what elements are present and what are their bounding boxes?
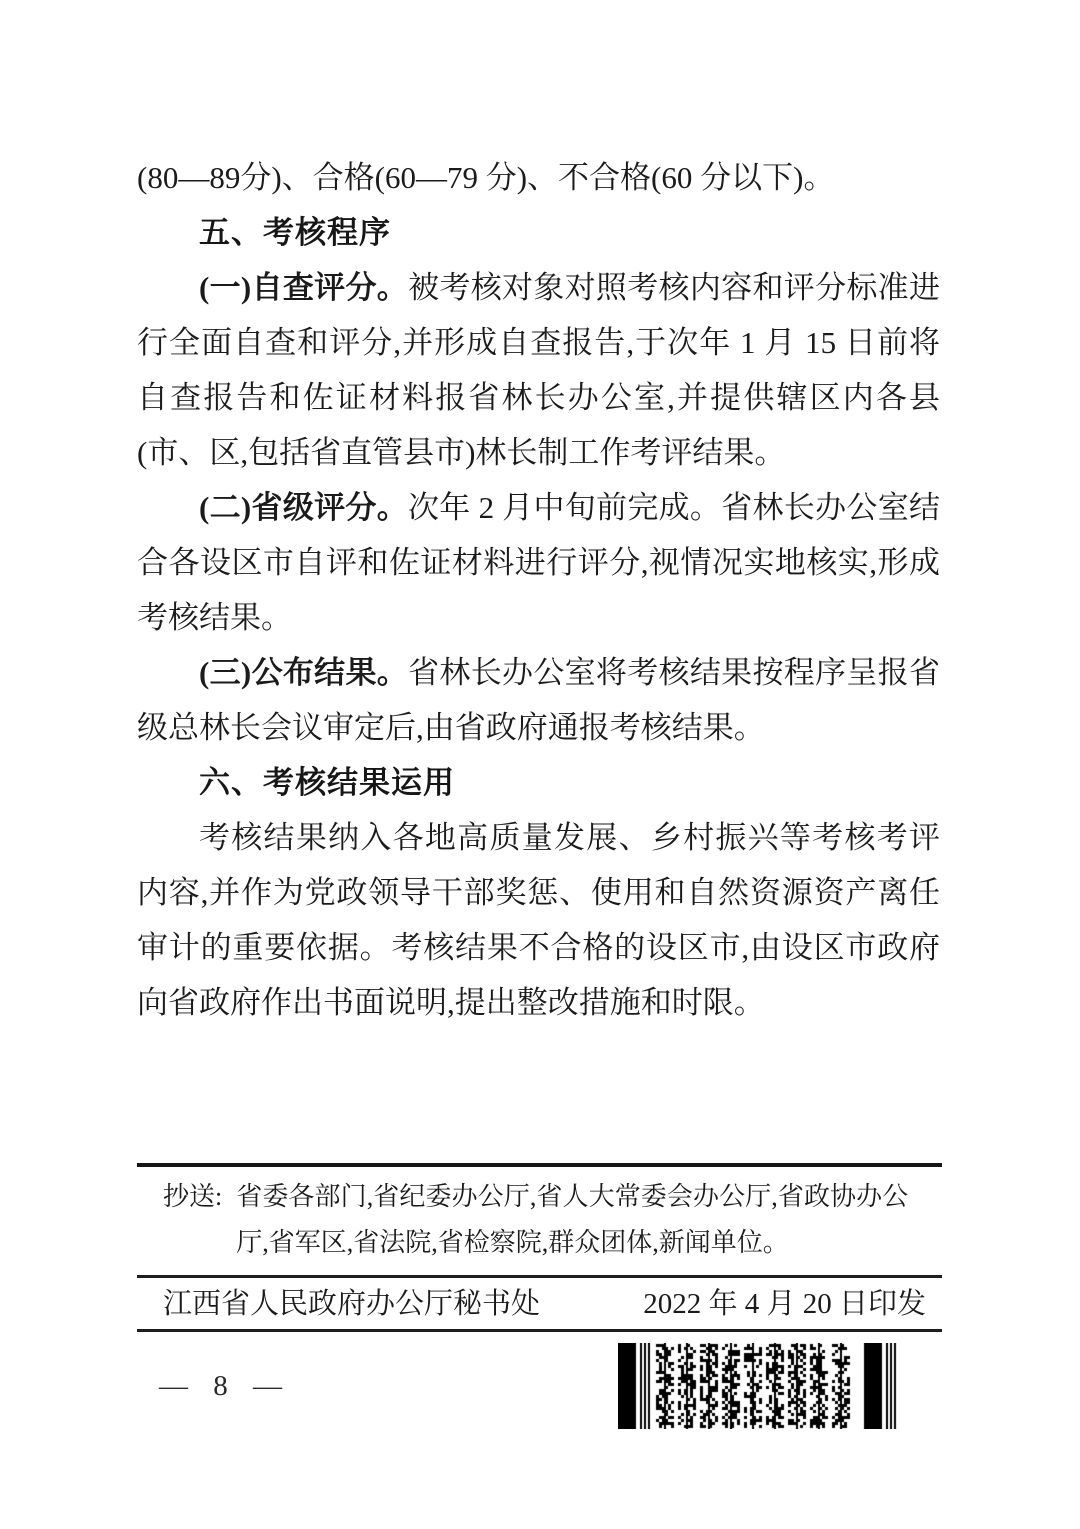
barcode-wrap bbox=[618, 1343, 898, 1429]
footer-bottom-row: — 8 — bbox=[137, 1343, 942, 1429]
issuer-row: 江西省人民政府办公厅秘书处 2022 年 4 月 20 日印发 bbox=[137, 1278, 942, 1329]
para-publish-results: (三)公布结果。省林长办公室将考核结果按程序呈报省级总林长会议审定后,由省政府通… bbox=[137, 645, 940, 755]
print-date: 2022 年 4 月 20 日印发 bbox=[643, 1287, 926, 1321]
document-page: { "document": { "intro_line": "(80—89分)、… bbox=[0, 0, 1080, 1529]
document-body: (80—89分)、合格(60—79 分)、不合格(60 分以下)。 五、考核程序… bbox=[137, 150, 940, 1030]
footer-divider-bottom bbox=[137, 1329, 942, 1332]
para-results-application: 考核结果纳入各地高质量发展、乡村振兴等考核考评内容,并作为党政领导干部奖惩、使用… bbox=[137, 810, 940, 1030]
copy-to-text: 省委各部门,省纪委办公厅,省人大常委会办公厅,省政协办公厅,省军区,省法院,省检… bbox=[236, 1174, 908, 1266]
section-5-heading: 五、考核程序 bbox=[137, 205, 940, 260]
paragraph-lead: (三)公布结果。 bbox=[199, 655, 408, 690]
paragraph-text: 考核结果纳入各地高质量发展、乡村振兴等考核考评内容,并作为党政领导干部奖惩、使用… bbox=[137, 820, 940, 1020]
para-provincial-scoring: (二)省级评分。次年 2 月中旬前完成。省林长办公室结合各设区市自评和佐证材料进… bbox=[137, 480, 940, 645]
paragraph-lead: (二)省级评分。 bbox=[199, 490, 408, 525]
copy-to-label: 抄送: bbox=[163, 1174, 222, 1220]
paragraph-lead: (一)自查评分。 bbox=[199, 270, 408, 305]
section-6-heading: 六、考核结果运用 bbox=[137, 755, 940, 810]
document-barcode bbox=[618, 1343, 898, 1429]
page-number: — 8 — bbox=[159, 1370, 291, 1403]
para-self-check-scoring: (一)自查评分。被考核对象对照考核内容和评分标准进行全面自查和评分,并形成自查报… bbox=[137, 260, 940, 480]
score-grades-line: (80—89分)、合格(60—79 分)、不合格(60 分以下)。 bbox=[137, 150, 940, 205]
document-footer: 抄送: 省委各部门,省纪委办公厅,省人大常委会办公厅,省政协办公厅,省军区,省法… bbox=[137, 1163, 942, 1429]
issuer-name: 江西省人民政府办公厅秘书处 bbox=[163, 1287, 540, 1321]
copy-to-row: 抄送: 省委各部门,省纪委办公厅,省人大常委会办公厅,省政协办公厅,省军区,省法… bbox=[137, 1167, 942, 1275]
